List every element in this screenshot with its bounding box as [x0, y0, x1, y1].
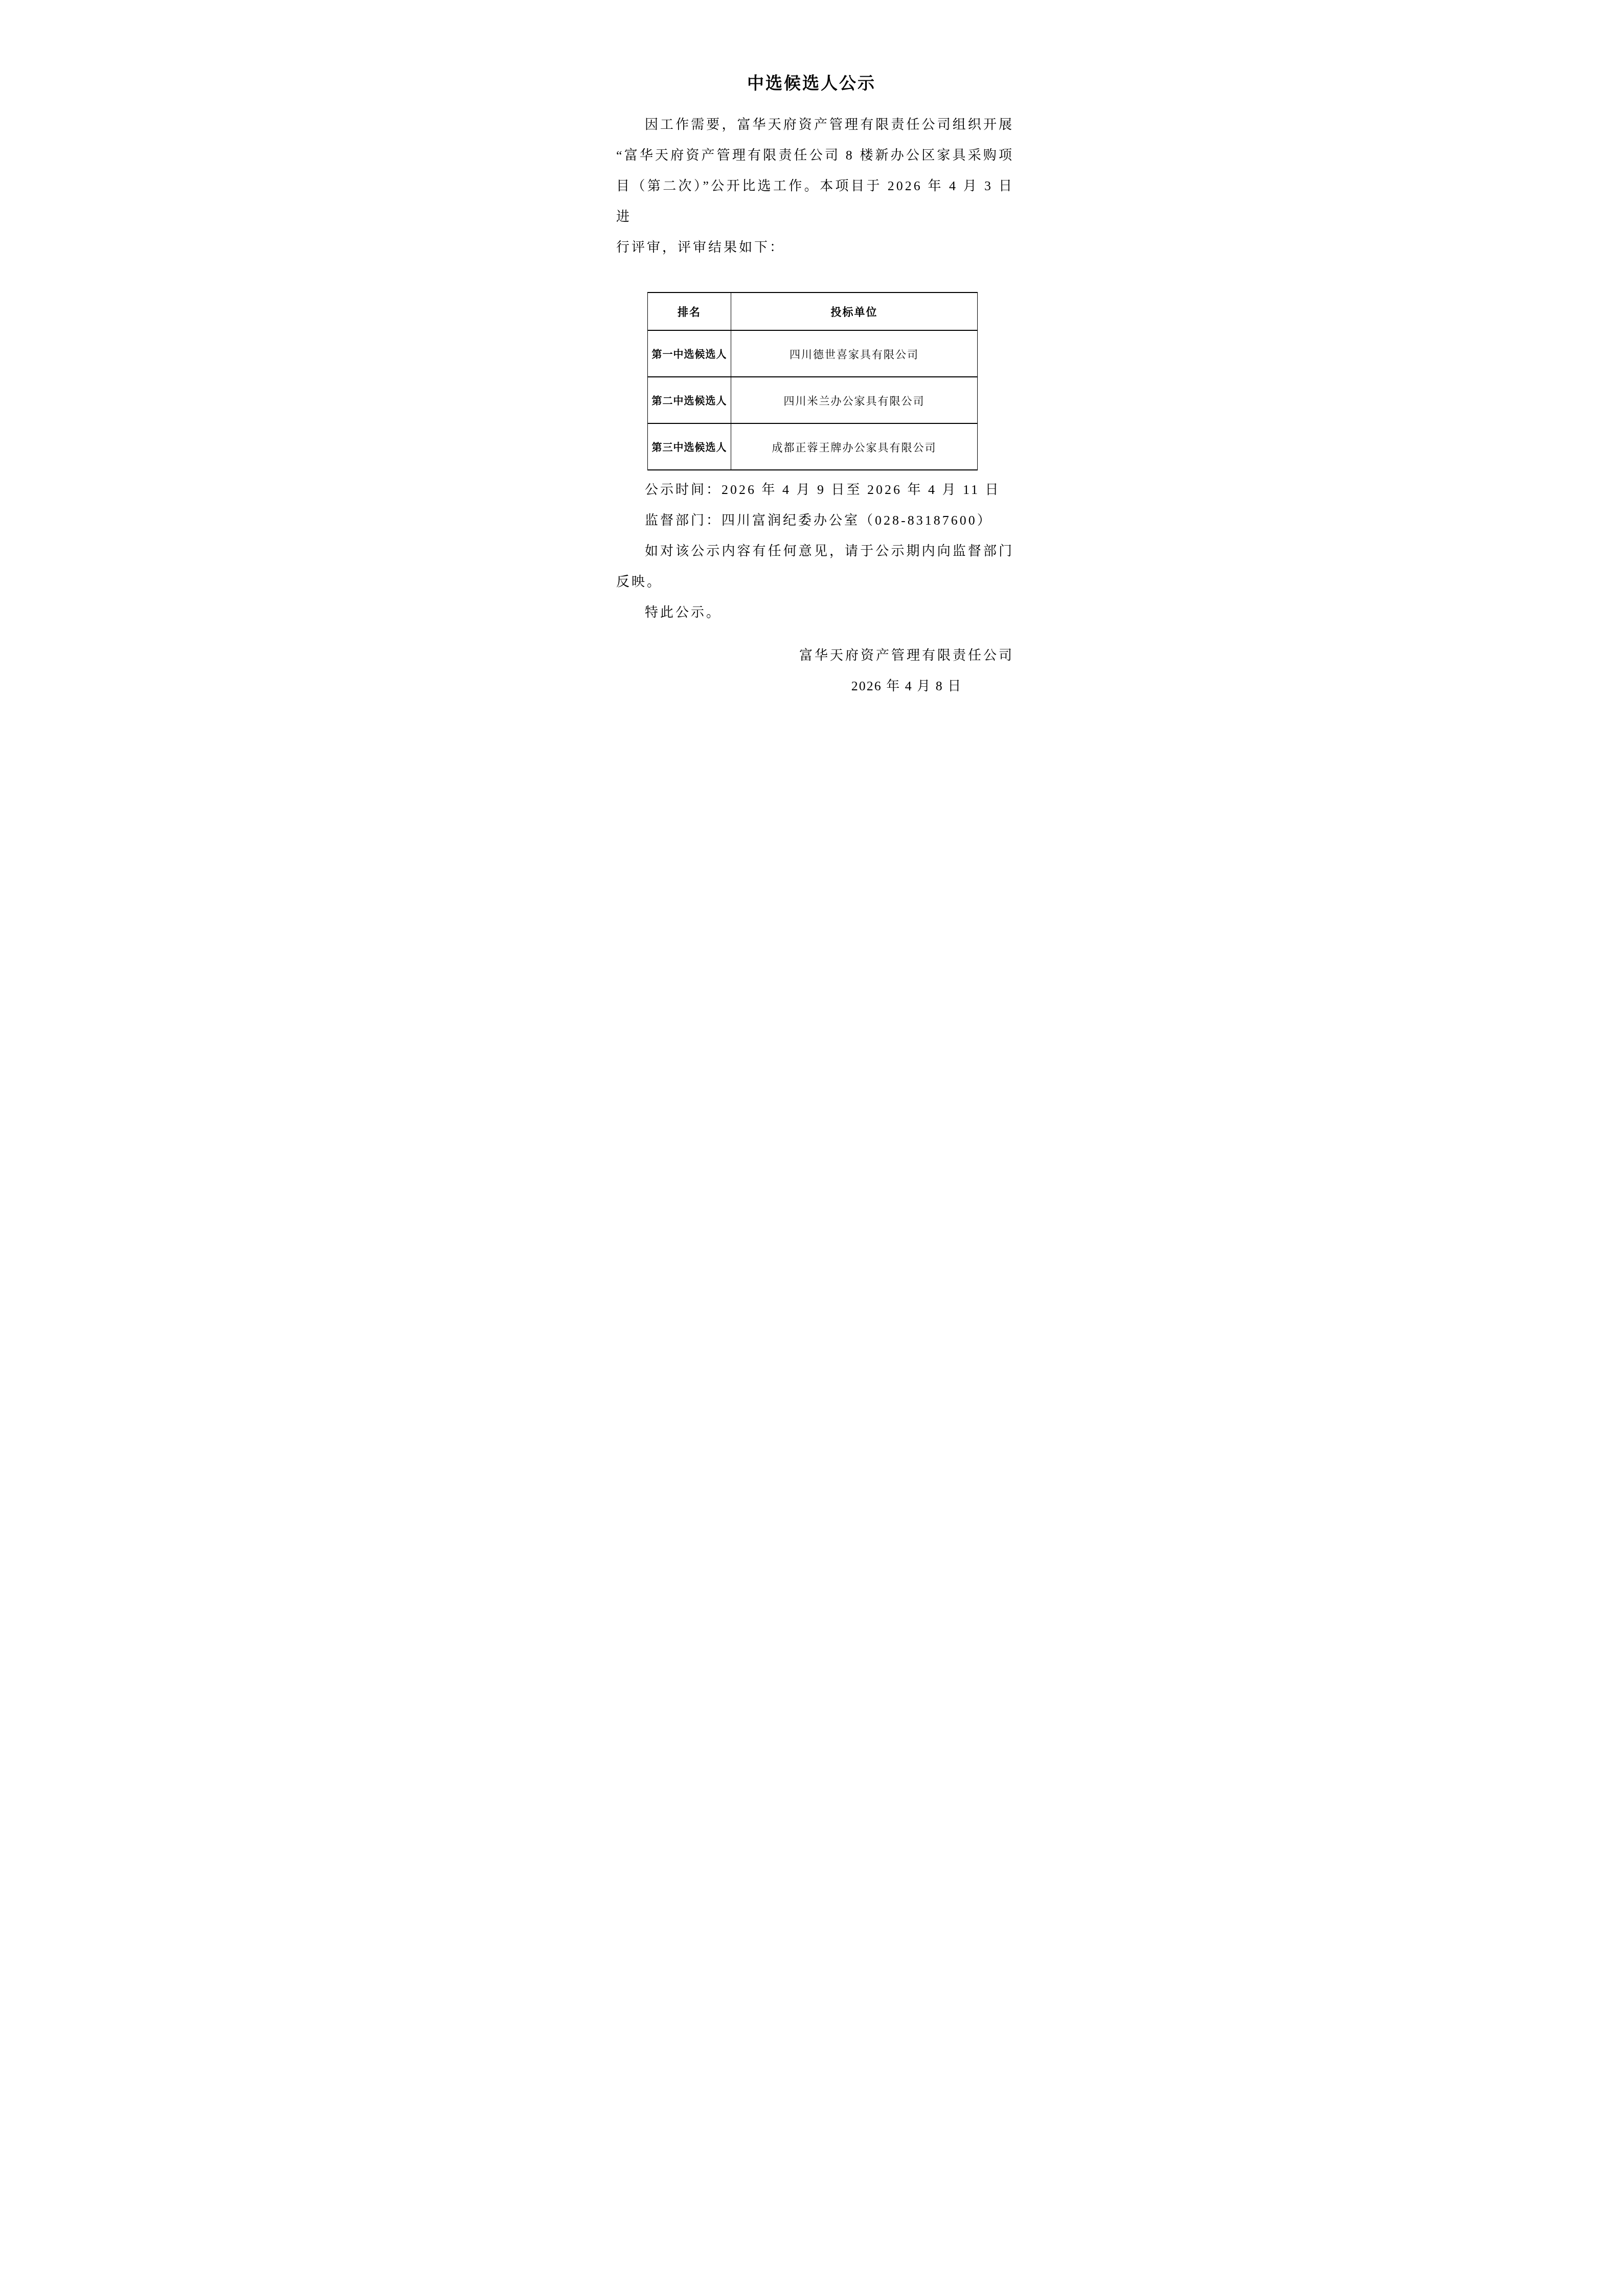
publicity-period-line: 公示时间：2026 年 4 月 9 日至 2026 年 4 月 11 日	[616, 475, 1014, 505]
bidder-second-candidate: 四川米兰办公家具有限公司	[731, 377, 978, 423]
document-page: 中选候选人公示 因工作需要，富华天府资产管理有限责任公司组织开展 “富华天府资产…	[530, 0, 1093, 796]
rank-first-candidate: 第一中选候选人	[648, 330, 731, 377]
signature-date: 2026 年 4 月 8 日	[799, 671, 1014, 702]
table-row: 第三中选候选人 成都正蓉王牌办公家具有限公司	[648, 423, 978, 470]
intro-line-1: 因工作需要，富华天府资产管理有限责任公司组织开展	[616, 109, 1014, 140]
table-header-row: 排名 投标单位	[648, 292, 978, 330]
notes-section: 公示时间：2026 年 4 月 9 日至 2026 年 4 月 11 日 监督部…	[616, 475, 1014, 628]
candidates-table: 排名 投标单位 第一中选候选人 四川德世喜家具有限公司 第二中选候选人 四川米兰…	[647, 292, 978, 470]
intro-line-3: 目（第二次）”公开比选工作。本项目于 2026 年 4 月 3 日进	[616, 171, 1014, 232]
table-row: 第二中选候选人 四川米兰办公家具有限公司	[648, 377, 978, 423]
intro-paragraph: 因工作需要，富华天府资产管理有限责任公司组织开展 “富华天府资产管理有限责任公司…	[616, 109, 1014, 263]
page-title: 中选候选人公示	[530, 0, 1093, 97]
feedback-instruction-continuation: 反映。	[616, 567, 1014, 597]
bidder-third-candidate: 成都正蓉王牌办公家具有限公司	[731, 423, 978, 470]
intro-line-4: 行评审，评审结果如下：	[616, 232, 1014, 263]
rank-second-candidate: 第二中选候选人	[648, 377, 731, 423]
signature-company: 富华天府资产管理有限责任公司	[799, 640, 1014, 671]
rank-third-candidate: 第三中选候选人	[648, 423, 731, 470]
bidder-first-candidate: 四川德世喜家具有限公司	[731, 330, 978, 377]
table-row: 第一中选候选人 四川德世喜家具有限公司	[648, 330, 978, 377]
table-header-rank: 排名	[648, 292, 731, 330]
hereby-announced-line: 特此公示。	[616, 597, 1014, 628]
feedback-instruction-line: 如对该公示内容有任何意见，请于公示期内向监督部门	[616, 536, 1014, 567]
table-header-bidder: 投标单位	[731, 292, 978, 330]
intro-line-2: “富华天府资产管理有限责任公司 8 楼新办公区家具采购项	[616, 140, 1014, 171]
supervision-department-line: 监督部门：四川富润纪委办公室（028-83187600）	[616, 505, 1014, 536]
signature-block: 富华天府资产管理有限责任公司 2026 年 4 月 8 日	[799, 640, 1014, 702]
